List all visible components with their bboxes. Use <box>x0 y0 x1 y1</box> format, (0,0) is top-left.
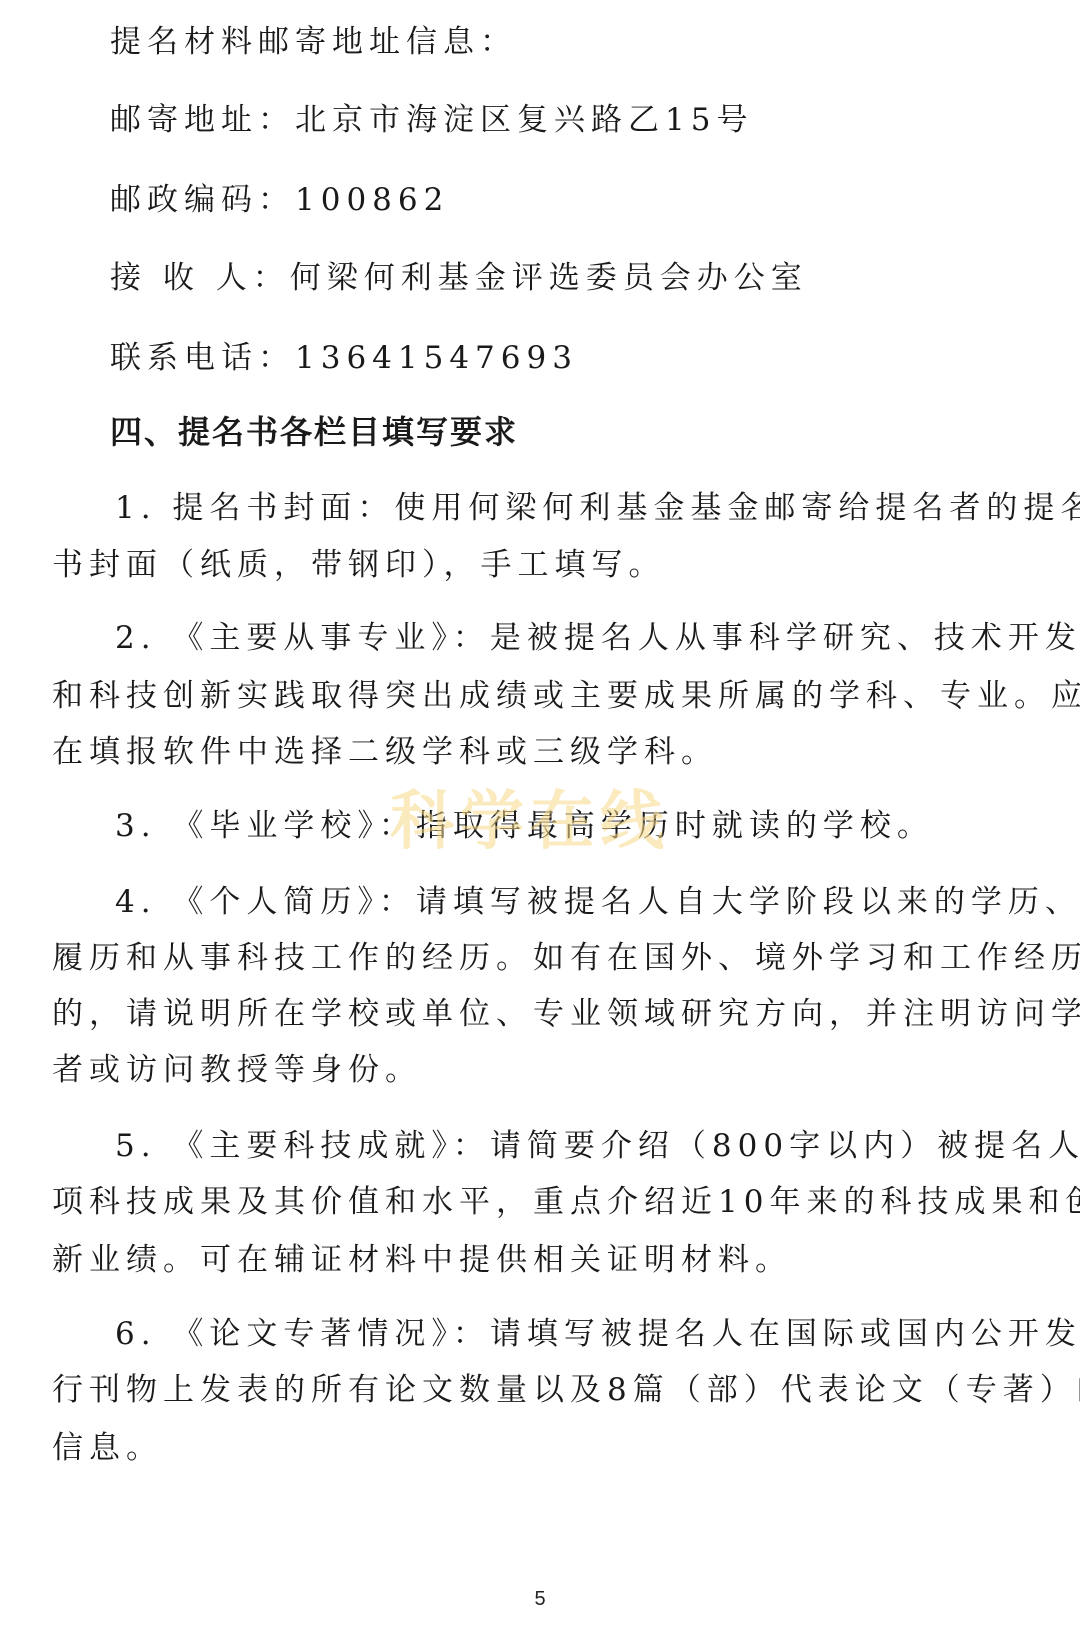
postal-code: 邮政编码：100862 <box>110 180 449 220</box>
contact-phone: 联系电话：13641547693 <box>110 338 578 378</box>
item-4-line-4: 者或访问教授等身份。 <box>52 1050 422 1090</box>
item-2-line-3: 在填报软件中选择二级学科或三级学科。 <box>52 732 718 772</box>
item-4-line-3: 的，请说明所在学校或单位、专业领域研究方向，并注明访问学 <box>52 994 1080 1034</box>
section-heading: 四、提名书各栏目填写要求 <box>110 412 518 452</box>
item-4-line-2: 履历和从事科技工作的经历。如有在国外、境外学习和工作经历 <box>52 938 1080 978</box>
item-6-line-1: 6. 《论文专著情况》：请填写被提名人在国际或国内公开发 <box>115 1314 1080 1354</box>
item-2-line-2: 和科技创新实践取得突出成绩或主要成果所属的学科、专业。应 <box>52 676 1080 716</box>
page-number: 5 <box>0 1588 1080 1611</box>
item-5-line-2: 项科技成果及其价值和水平，重点介绍近10年来的科技成果和创 <box>52 1182 1080 1222</box>
item-6-line-2: 行刊物上发表的所有论文数量以及8篇（部）代表论文（专著）的 <box>52 1370 1080 1410</box>
item-5-line-3: 新业绩。可在辅证材料中提供相关证明材料。 <box>52 1240 792 1280</box>
recipient: 接 收 人：何梁何利基金评选委员会办公室 <box>110 258 808 298</box>
item-6-line-3: 信息。 <box>52 1428 163 1468</box>
mailing-address: 邮寄地址：北京市海淀区复兴路乙15号 <box>110 100 753 140</box>
item-4-line-1: 4. 《个人简历》：请填写被提名人自大学阶段以来的学历、 <box>115 882 1080 922</box>
item-1-line-1: 1. 提名书封面：使用何梁何利基金基金邮寄给提名者的提名 <box>115 488 1080 528</box>
watermark: 科学在线 <box>390 770 670 862</box>
item-2-line-1: 2. 《主要从事专业》：是被提名人从事科学研究、技术开发 <box>115 618 1080 658</box>
item-1-line-2: 书封面（纸质，带钢印），手工填写。 <box>52 545 666 585</box>
item-5-line-1: 5. 《主要科技成就》：请简要介绍（800字以内）被提名人1-3 <box>115 1126 1080 1166</box>
address-block-title: 提名材料邮寄地址信息： <box>110 22 517 62</box>
